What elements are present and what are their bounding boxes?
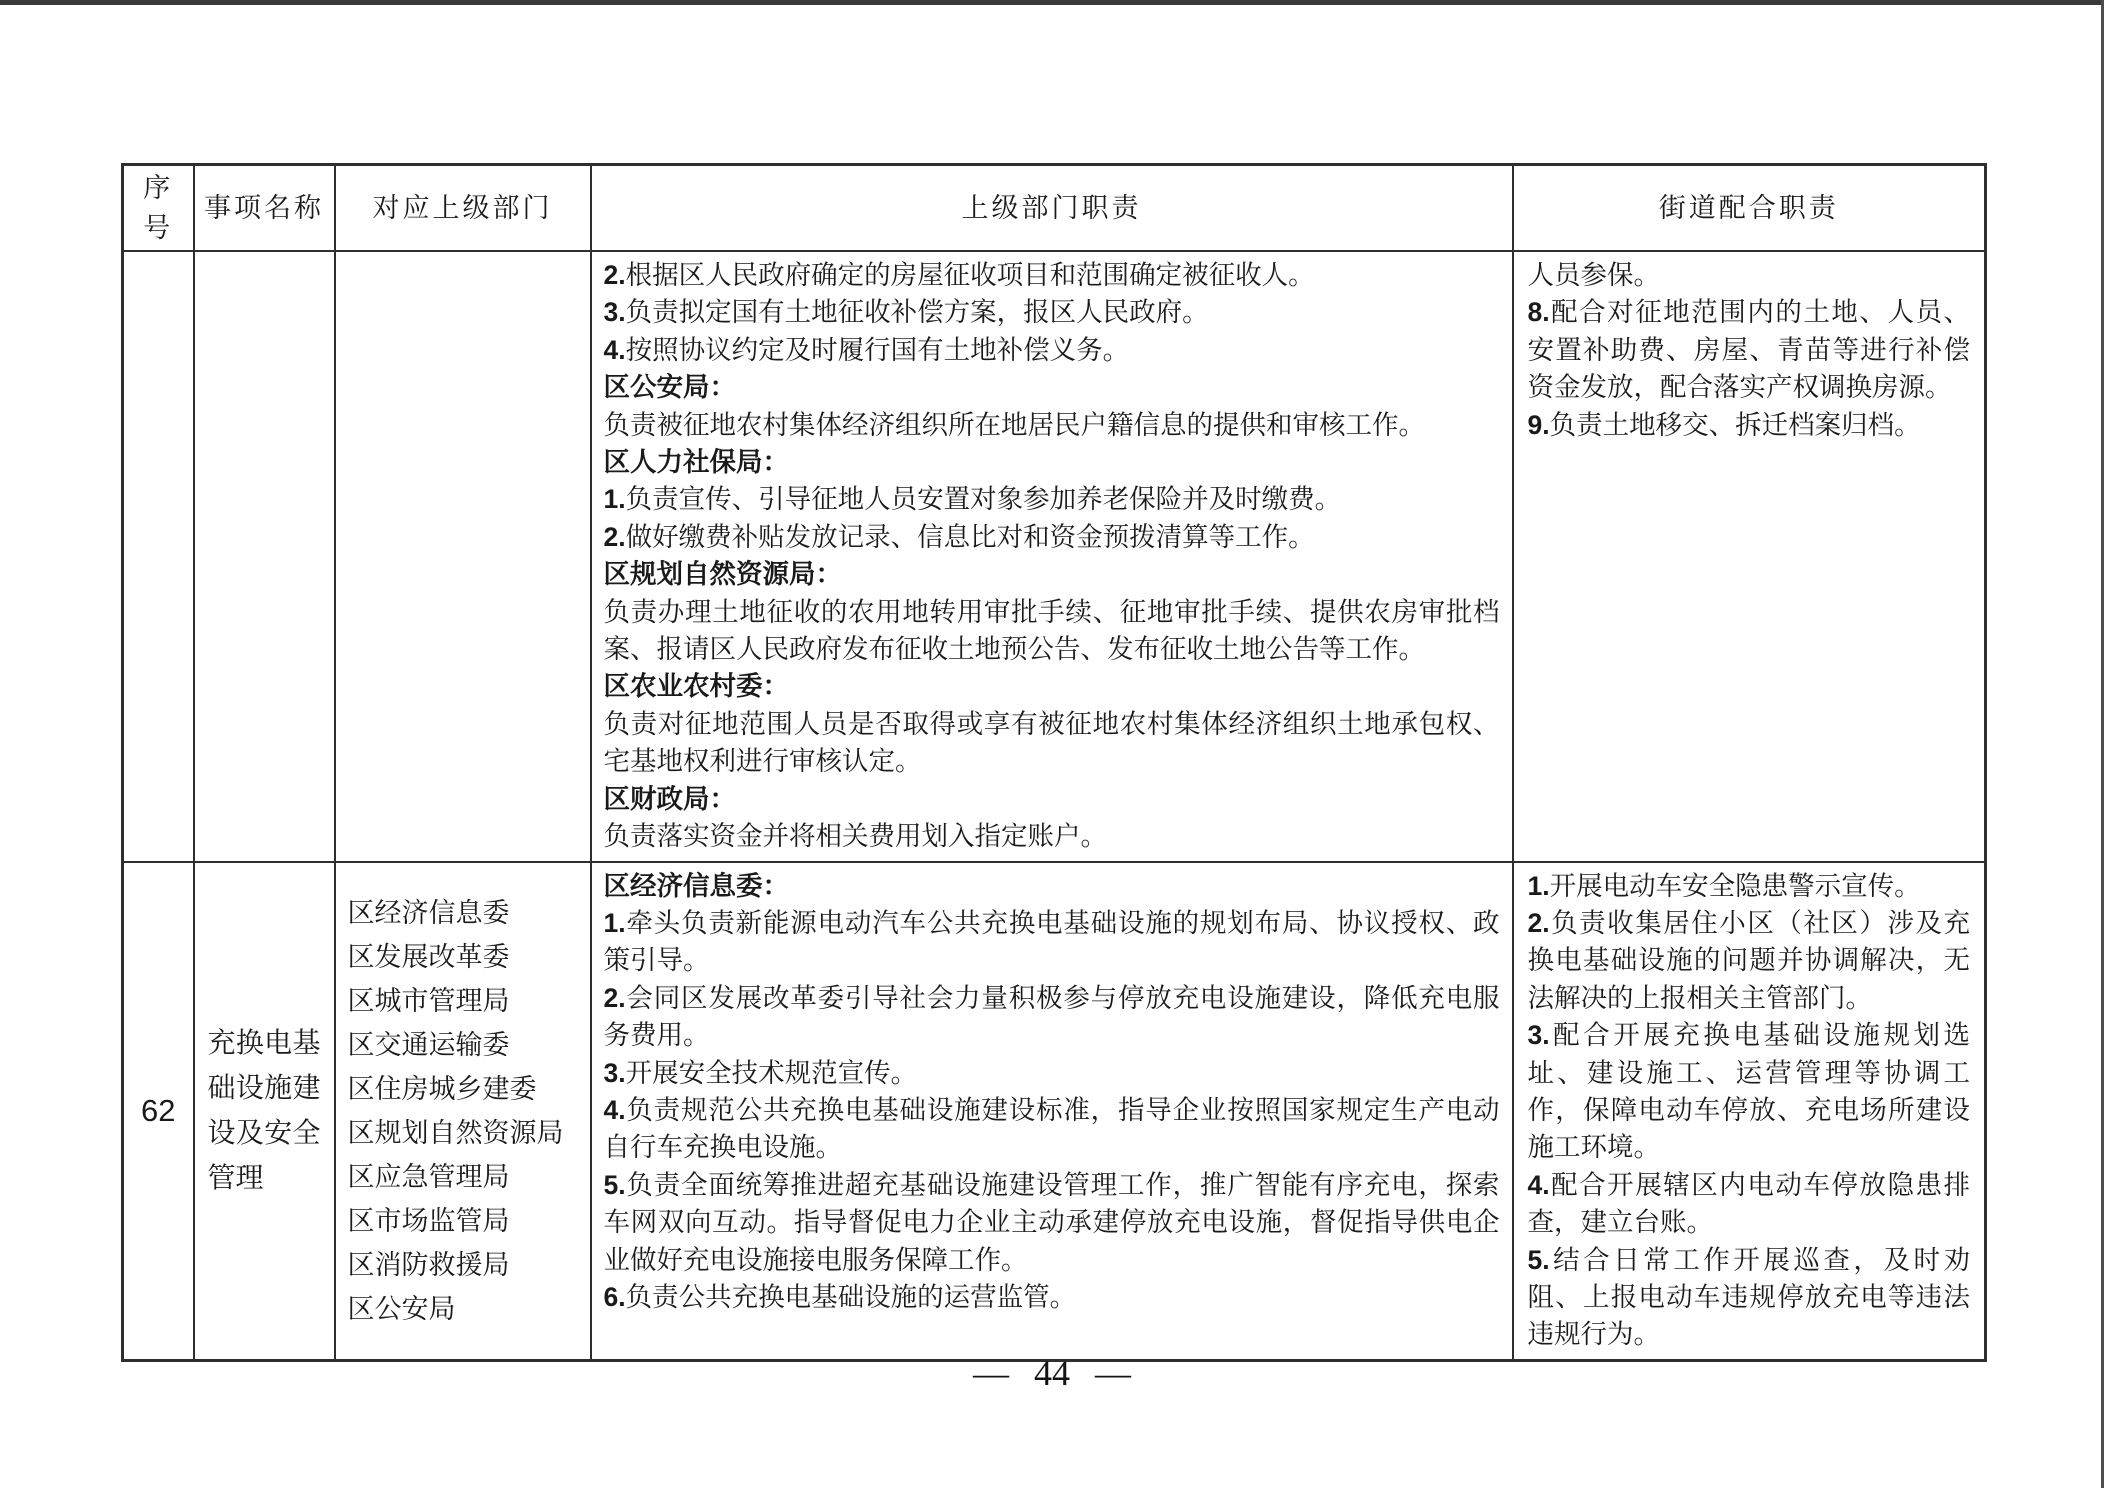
col-header-item-name: 事项名称 — [194, 165, 335, 252]
duty-text: 负责全面统筹推进超充基础设施建设管理工作，推广智能有序充电，探索车网双向互动。指… — [604, 1170, 1500, 1275]
department-item: 区公安局 — [348, 1287, 590, 1331]
department-item: 区住房城乡建委 — [348, 1067, 590, 1111]
duty-heading: 区公安局： — [604, 369, 1500, 406]
departments-cell — [335, 251, 591, 862]
duty-line: 4.负责规范公共充换电基础设施建设标准，指导企业按照国家规定生产电动自行车充换电… — [604, 1092, 1500, 1167]
duty-text: 负责宣传、引导征地人员安置对象参加养老保险并及时缴费。 — [626, 484, 1342, 514]
duty-line: 6.负责公共充换电基础设施的运营监管。 — [604, 1279, 1500, 1316]
item-number: 3. — [1528, 1020, 1550, 1050]
duty-text: 配合对征地范围内的土地、人员、安置补助费、房屋、青苗等进行补偿资金发放，配合落实… — [1528, 297, 1971, 402]
duty-text: 开展电动车安全隐患警示宣传。 — [1550, 871, 1921, 901]
duty-text: 负责规范公共充换电基础设施建设标准，指导企业按照国家规定生产电动自行车充换电设施… — [604, 1095, 1500, 1162]
duty-line: 3.配合开展充换电基础设施规划选址、建设施工、运营管理等协调工作，保障电动车停放… — [1528, 1017, 1971, 1167]
item-name-cell — [194, 251, 335, 862]
window-top-edge — [0, 0, 2104, 5]
department-item: 区城市管理局 — [348, 979, 590, 1023]
department-item: 区经济信息委 — [348, 891, 590, 935]
seq-cell — [123, 251, 194, 862]
item-number: 3. — [604, 1058, 626, 1088]
table-row-continuation: 2.根据区人民政府确定的房屋征收项目和范围确定被征收人。3.负责拟定国有土地征收… — [123, 251, 1986, 862]
item-number: 4. — [1528, 1170, 1550, 1200]
duty-text: 结合日常工作开展巡查，及时劝阻、上报电动车违规停放充电等违法违规行为。 — [1528, 1245, 1971, 1350]
department-item: 区规划自然资源局 — [348, 1111, 590, 1155]
department-item: 区应急管理局 — [348, 1155, 590, 1199]
item-name-cell: 充换电基础设施建设及安全管理 — [194, 862, 335, 1361]
duty-heading: 区经济信息委： — [604, 868, 1500, 905]
item-number: 1. — [1528, 871, 1550, 901]
superior-duties-cell: 区经济信息委：1.牵头负责新能源电动汽车公共充换电基础设施的规划布局、协议授权、… — [591, 862, 1513, 1361]
item-number: 8. — [1528, 297, 1550, 327]
duty-line: 1.牵头负责新能源电动汽车公共充换电基础设施的规划布局、协议授权、政策引导。 — [604, 905, 1500, 980]
seq-cell: 62 — [123, 862, 194, 1361]
duty-text: 区人力社保局： — [604, 447, 790, 477]
page-number: — 44 — — [0, 1352, 2104, 1394]
duty-line: 3.开展安全技术规范宣传。 — [604, 1055, 1500, 1092]
item-number: 2. — [604, 983, 626, 1013]
street-duties-cell: 1.开展电动车安全隐患警示宣传。2.负责收集居住小区（社区）涉及充换电基础设施的… — [1513, 862, 1986, 1361]
item-number: 1. — [604, 908, 626, 938]
superior-duties-cell: 2.根据区人民政府确定的房屋征收项目和范围确定被征收人。3.负责拟定国有土地征收… — [591, 251, 1513, 862]
duty-text: 做好缴费补贴发放记录、信息比对和资金预拨清算等工作。 — [626, 522, 1315, 552]
duty-text: 根据区人民政府确定的房屋征收项目和范围确定被征收人。 — [626, 260, 1315, 290]
duty-text: 负责办理土地征收的农用地转用审批手续、征地审批手续、提供农房审批档案、报请区人民… — [604, 597, 1500, 664]
duty-text: 负责土地移交、拆迁档案归档。 — [1550, 410, 1921, 440]
duty-line: 4.按照协议约定及时履行国有土地补偿义务。 — [604, 332, 1500, 369]
table-row-62: 62 充换电基础设施建设及安全管理 区经济信息委区发展改革委区城市管理局区交通运… — [123, 862, 1986, 1361]
duty-line: 5.负责全面统筹推进超充基础设施建设管理工作，推广智能有序充电，探索车网双向互动… — [604, 1167, 1500, 1279]
duty-line: 3.负责拟定国有土地征收补偿方案，报区人民政府。 — [604, 294, 1500, 331]
item-number: 2. — [604, 260, 626, 290]
duty-line: 9.负责土地移交、拆迁档案归档。 — [1528, 407, 1971, 444]
item-number: 4. — [604, 335, 626, 365]
duty-line: 4.配合开展辖区内电动车停放隐患排查，建立台账。 — [1528, 1167, 1971, 1242]
duty-line: 1.负责宣传、引导征地人员安置对象参加养老保险并及时缴费。 — [604, 481, 1500, 518]
duty-heading: 区人力社保局： — [604, 444, 1500, 481]
duty-line: 负责落实资金并将相关费用划入指定账户。 — [604, 818, 1500, 855]
duty-line: 人员参保。 — [1528, 257, 1971, 294]
department-item: 区发展改革委 — [348, 935, 590, 979]
col-header-seq: 序号 — [123, 165, 194, 252]
col-header-superior-duties: 上级部门职责 — [591, 165, 1513, 252]
department-item: 区市场监管局 — [348, 1199, 590, 1243]
item-number: 5. — [604, 1170, 626, 1200]
department-item: 区消防救援局 — [348, 1243, 590, 1287]
duty-text: 负责被征地农村集体经济组织所在地居民户籍信息的提供和审核工作。 — [604, 410, 1426, 440]
item-number: 6. — [604, 1282, 626, 1312]
duty-text: 负责公共充换电基础设施的运营监管。 — [626, 1282, 1077, 1312]
responsibility-table: 序号 事项名称 对应上级部门 上级部门职责 街道配合职责 2.根据区人民政府确定… — [121, 163, 1987, 1362]
item-number: 2. — [1528, 908, 1550, 938]
duty-line: 5.结合日常工作开展巡查，及时劝阻、上报电动车违规停放充电等违法违规行为。 — [1528, 1242, 1971, 1354]
duty-text: 按照协议约定及时履行国有土地补偿义务。 — [626, 335, 1130, 365]
duty-heading: 区农业农村委： — [604, 668, 1500, 705]
duty-line: 负责对征地范围人员是否取得或享有被征地农村集体经济组织土地承包权、宅基地权利进行… — [604, 706, 1500, 781]
col-header-street-duties: 街道配合职责 — [1513, 165, 1986, 252]
item-number: 3. — [604, 297, 626, 327]
departments-cell: 区经济信息委区发展改革委区城市管理局区交通运输委区住房城乡建委区规划自然资源局区… — [335, 862, 591, 1361]
duty-line: 2.会同区发展改革委引导社会力量积极参与停放充电设施建设，降低充电服务费用。 — [604, 980, 1500, 1055]
table-header-row: 序号 事项名称 对应上级部门 上级部门职责 街道配合职责 — [123, 165, 1986, 252]
duty-line: 1.开展电动车安全隐患警示宣传。 — [1528, 868, 1971, 905]
duty-text: 会同区发展改革委引导社会力量积极参与停放充电设施建设，降低充电服务费用。 — [604, 983, 1500, 1050]
duty-line: 8.配合对征地范围内的土地、人员、安置补助费、房屋、青苗等进行补偿资金发放，配合… — [1528, 294, 1971, 406]
duty-text: 牵头负责新能源电动汽车公共充换电基础设施的规划布局、协议授权、政策引导。 — [604, 908, 1500, 975]
duty-text: 负责拟定国有土地征收补偿方案，报区人民政府。 — [626, 297, 1209, 327]
duty-text: 人员参保。 — [1528, 260, 1661, 290]
duty-heading: 区规划自然资源局： — [604, 556, 1500, 593]
duty-text: 开展安全技术规范宣传。 — [626, 1058, 918, 1088]
duty-text: 配合开展充换电基础设施规划选址、建设施工、运营管理等协调工作，保障电动车停放、充… — [1528, 1020, 1971, 1162]
duty-text: 区经济信息委： — [604, 871, 790, 901]
duty-text: 区财政局： — [604, 784, 737, 814]
duty-line: 2.根据区人民政府确定的房屋征收项目和范围确定被征收人。 — [604, 257, 1500, 294]
duty-line: 2.负责收集居住小区（社区）涉及充换电基础设施的问题并协调解决，无法解决的上报相… — [1528, 905, 1971, 1017]
duty-text: 负责落实资金并将相关费用划入指定账户。 — [604, 821, 1108, 851]
duty-heading: 区财政局： — [604, 781, 1500, 818]
col-header-superior-department: 对应上级部门 — [335, 165, 591, 252]
item-number: 2. — [604, 522, 626, 552]
duty-text: 区农业农村委： — [604, 671, 790, 701]
duty-text: 区公安局： — [604, 372, 737, 402]
item-number: 5. — [1528, 1245, 1550, 1275]
street-duties-cell: 人员参保。8.配合对征地范围内的土地、人员、安置补助费、房屋、青苗等进行补偿资金… — [1513, 251, 1986, 862]
duty-text: 区规划自然资源局： — [604, 559, 843, 589]
duty-line: 负责办理土地征收的农用地转用审批手续、征地审批手续、提供农房审批档案、报请区人民… — [604, 594, 1500, 669]
duty-text: 负责收集居住小区（社区）涉及充换电基础设施的问题并协调解决，无法解决的上报相关主… — [1528, 908, 1971, 1013]
duty-line: 2.做好缴费补贴发放记录、信息比对和资金预拨清算等工作。 — [604, 519, 1500, 556]
item-number: 1. — [604, 484, 626, 514]
document-page: { "colors": { "text": "#1a1a1a", "table_… — [0, 0, 2104, 1488]
duty-text: 配合开展辖区内电动车停放隐患排查，建立台账。 — [1528, 1170, 1971, 1237]
duty-line: 负责被征地农村集体经济组织所在地居民户籍信息的提供和审核工作。 — [604, 407, 1500, 444]
item-number: 4. — [604, 1095, 626, 1125]
item-number: 9. — [1528, 410, 1550, 440]
department-item: 区交通运输委 — [348, 1023, 590, 1067]
duty-text: 负责对征地范围人员是否取得或享有被征地农村集体经济组织土地承包权、宅基地权利进行… — [604, 709, 1500, 776]
